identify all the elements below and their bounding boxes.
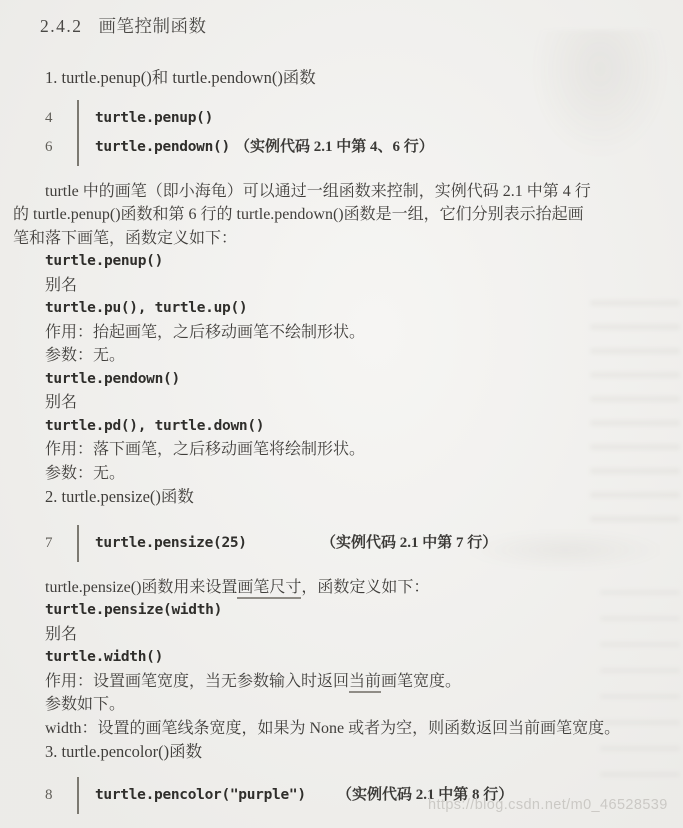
alias-label: 别名 — [13, 274, 683, 298]
section-number: 2.4.2 — [40, 16, 83, 36]
code-comment: （实例代码 2.1 中第 4、6 行） — [235, 133, 434, 162]
code-text: turtle.pencolor("purple") — [95, 781, 337, 810]
item-2-title: 2. turtle.pensize()函数 — [13, 485, 683, 509]
text-segment: turtle.pensize()函数用来设置 — [45, 579, 237, 596]
item-1-title: 1. turtle.penup()和 turtle.pendown()函数 — [13, 66, 683, 90]
section-title: 画笔控制函数 — [99, 16, 207, 36]
text-segment: 作用：设置画笔宽度，当无参数输入时返回 — [45, 673, 349, 690]
code-column: turtle.pensize(25) （实例代码 2.1 中第 7 行） — [77, 525, 683, 562]
text-segment: 画笔宽度。 — [381, 673, 461, 690]
code-listing-pensize: 7 turtle.pensize(25) （实例代码 2.1 中第 7 行） — [45, 525, 683, 562]
line-number-column: 8 — [45, 777, 69, 814]
code-column: turtle.penup() turtle.pendown() （实例代码 2.… — [77, 100, 683, 166]
pensize-definition: turtle.pensize(width) 别名 turtle.width() … — [0, 599, 683, 740]
function-effect: 作用：落下画笔，之后移动画笔将绘制形状。 — [13, 438, 683, 462]
line-number-column: 7 — [45, 525, 69, 562]
item-3-title: 3. turtle.pencolor()函数 — [13, 740, 683, 764]
paragraph-line: 笔和落下画笔，函数定义如下： — [13, 227, 683, 251]
paragraph-line: 的 turtle.penup()函数和第 6 行的 turtle.pendown… — [13, 203, 683, 227]
code-comment: （实例代码 2.1 中第 7 行） — [321, 529, 497, 558]
function-params: 参数：无。 — [13, 462, 683, 486]
csdn-watermark: https://blog.csdn.net/m0_46528539 — [428, 797, 668, 813]
code-text: turtle.pendown() — [95, 133, 235, 162]
alias-label: 别名 — [13, 391, 683, 415]
code-row: turtle.pendown() （实例代码 2.1 中第 4、6 行） — [95, 133, 683, 162]
param-width-description: width：设置的画笔线条宽度，如果为 None 或者为空，则函数返回当前画笔宽… — [13, 717, 683, 741]
hand-underlined-text: 当前 — [349, 673, 381, 694]
line-number: 6 — [45, 133, 69, 162]
function-aliases: turtle.width() — [13, 646, 683, 670]
section-heading: 2.4.2画笔控制函数 — [40, 13, 683, 39]
text-segment: ，函数定义如下： — [301, 579, 429, 596]
function-effect: 作用：抬起画笔，之后移动画笔不绘制形状。 — [13, 321, 683, 345]
code-row: turtle.penup() — [95, 104, 683, 133]
function-signature: turtle.pensize(width) — [13, 599, 683, 623]
line-number-column: 4 6 — [45, 100, 69, 166]
code-listing-penup-pendown: 4 6 turtle.penup() turtle.pendown() （实例代… — [45, 100, 683, 166]
code-row: turtle.pensize(25) （实例代码 2.1 中第 7 行） — [95, 529, 683, 558]
function-signature: turtle.penup() — [13, 250, 683, 274]
function-signature: turtle.pendown() — [13, 368, 683, 392]
pendown-definition: turtle.pendown() 别名 turtle.pd(), turtle.… — [0, 368, 683, 486]
paragraph-line: turtle 中的画笔（即小海龟）可以通过一组函数来控制，实例代码 2.1 中第… — [13, 180, 683, 204]
book-page: 2.4.2画笔控制函数 1. turtle.penup()和 turtle.pe… — [0, 0, 683, 828]
function-aliases: turtle.pu(), turtle.up() — [13, 297, 683, 321]
alias-label: 别名 — [13, 623, 683, 647]
code-text: turtle.penup() — [95, 104, 235, 133]
line-number: 8 — [45, 781, 69, 810]
function-aliases: turtle.pd(), turtle.down() — [13, 415, 683, 439]
params-label: 参数如下。 — [13, 693, 683, 717]
code-text: turtle.pensize(25) — [95, 529, 321, 558]
hand-underlined-text: 画笔尺寸 — [237, 579, 301, 600]
function-effect: 作用：设置画笔宽度，当无参数输入时返回当前画笔宽度。 — [13, 670, 683, 694]
intro-paragraph: turtle 中的画笔（即小海龟）可以通过一组函数来控制，实例代码 2.1 中第… — [0, 180, 683, 251]
function-params: 参数：无。 — [13, 344, 683, 368]
pensize-intro-line: turtle.pensize()函数用来设置画笔尺寸，函数定义如下： — [13, 576, 683, 600]
line-number: 7 — [45, 529, 69, 558]
line-number: 4 — [45, 104, 69, 133]
penup-definition: turtle.penup() 别名 turtle.pu(), turtle.up… — [0, 250, 683, 368]
